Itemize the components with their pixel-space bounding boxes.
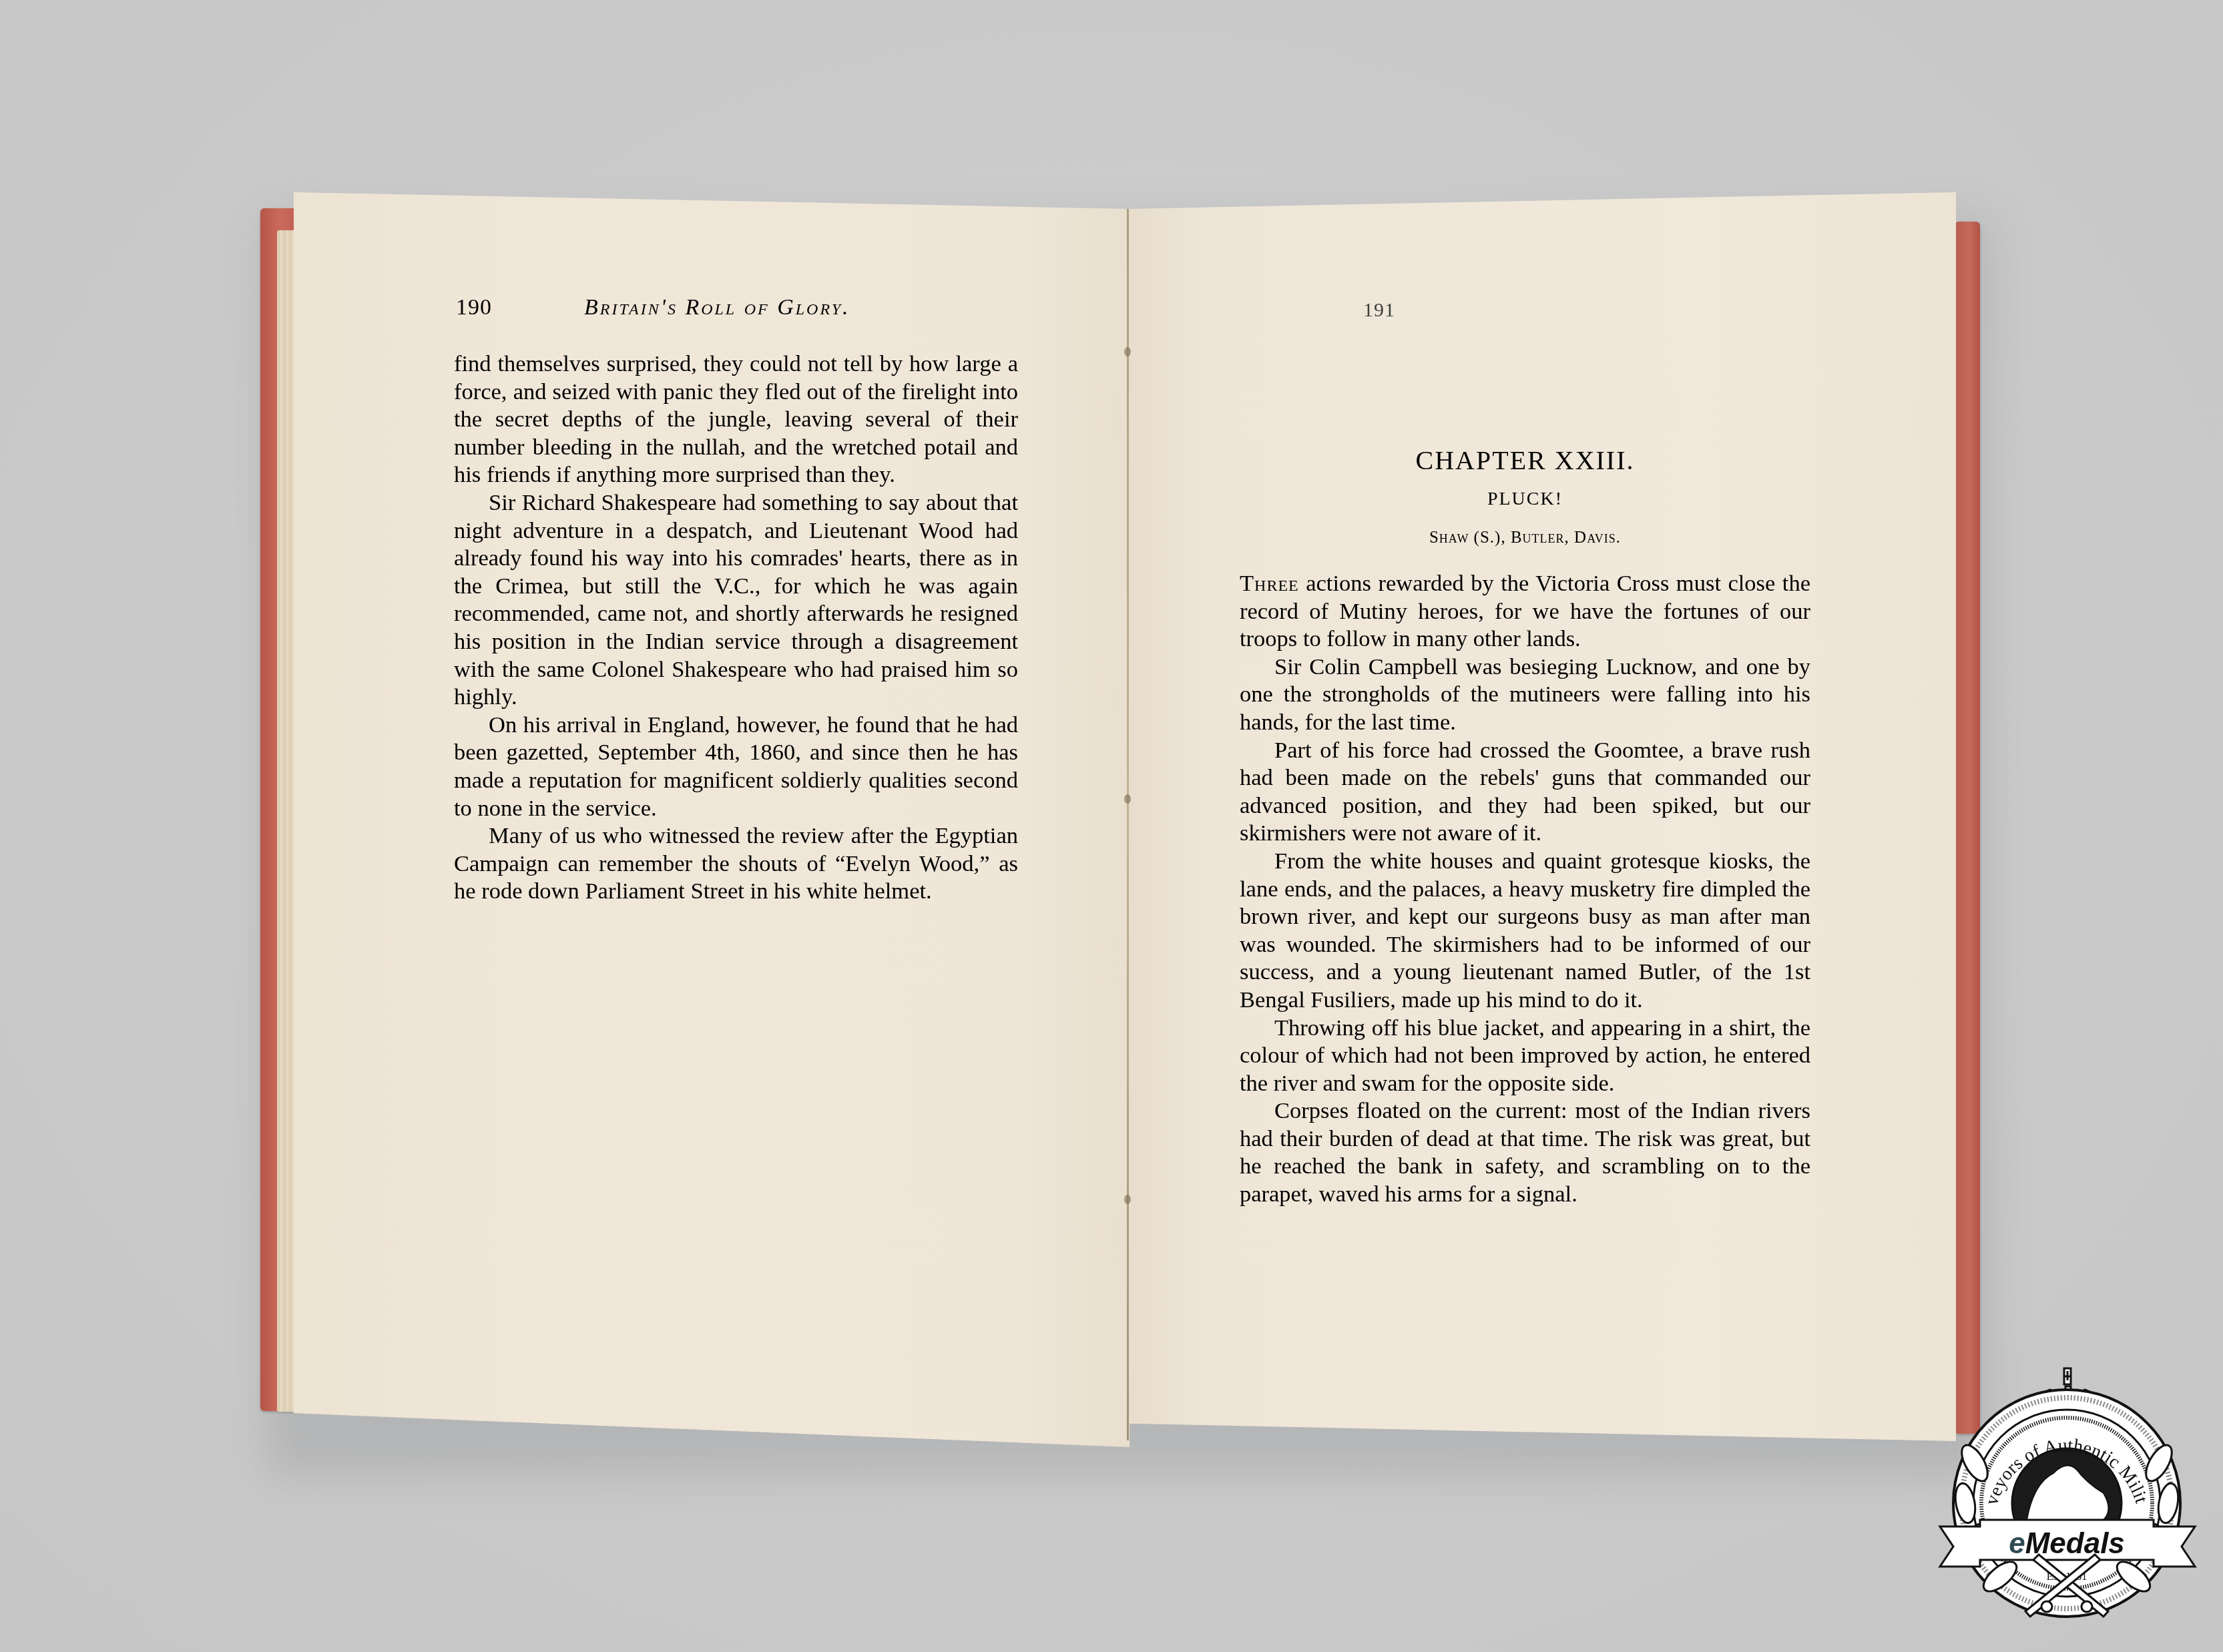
paragraph: From the white houses and quaint grotesq… — [1240, 848, 1810, 1015]
chapter-names: Shaw (S.), Butler, Davis. — [1240, 529, 1810, 547]
chapter-subtitle: PLUCK! — [1240, 489, 1810, 510]
binding-thread-mark — [1124, 1195, 1131, 1204]
paragraph-text: actions rewarded by the Victoria Cross m… — [1240, 571, 1810, 651]
paragraph: Corpses floated on the current: most of … — [1240, 1097, 1810, 1208]
emedals-watermark-badge: Purveyors of Authentic Militaria eMedals… — [1933, 1350, 2200, 1630]
paragraph: Sir Colin Campbell was besieging Lucknow… — [1240, 653, 1810, 737]
paragraph: Sir Richard Shakespeare had something to… — [454, 489, 1018, 712]
paragraph: On his arrival in England, however, he f… — [454, 712, 1018, 822]
paragraph: Three actions rewarded by the Victoria C… — [1240, 570, 1810, 653]
paragraph: Many of us who witnessed the review afte… — [454, 822, 1018, 906]
opening-word: Three — [1240, 571, 1299, 596]
binding-thread-mark — [1124, 347, 1131, 356]
right-page-body: Three actions rewarded by the Victoria C… — [1240, 570, 1810, 1209]
right-cover-board — [1955, 222, 1980, 1434]
book-gutter — [1127, 209, 1129, 1440]
left-page-body: find themselves surprised, they could no… — [454, 350, 1018, 906]
running-title: Britain's Roll of Glory. — [584, 295, 850, 320]
svg-text:eMedals: eMedals — [2009, 1527, 2125, 1560]
page-number-left: 190 — [456, 295, 492, 320]
paragraph: Part of his force had crossed the Goomte… — [1240, 737, 1810, 848]
binding-thread-mark — [1124, 794, 1131, 804]
brand-prefix: e — [2009, 1527, 2025, 1560]
paragraph: find themselves surprised, they could no… — [454, 350, 1018, 489]
page-number-right: 191 — [1363, 299, 1395, 322]
paragraph: Throwing off his blue jacket, and appear… — [1240, 1015, 1810, 1098]
chapter-title: CHAPTER XXIII. — [1240, 445, 1810, 476]
